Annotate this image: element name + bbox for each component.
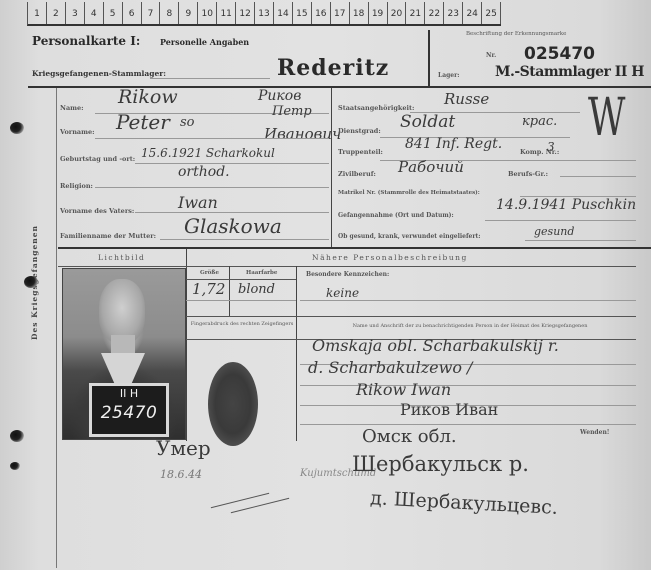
number-strip-cell: 8 (160, 2, 179, 24)
rule (135, 163, 329, 164)
camp-line (150, 78, 270, 79)
number-strip-cell: 13 (255, 2, 274, 24)
zivilberuf-value: Рабочий (398, 158, 464, 176)
cell-divider (229, 266, 230, 316)
vorname-value: Peter (116, 110, 170, 134)
religion-value: orthod. (178, 164, 230, 180)
number-strip-cell: 21 (406, 2, 425, 24)
number-strip: 1234567891011121314151617181920212223242… (27, 2, 501, 26)
number-strip-cell: 3 (66, 2, 85, 24)
punch-hole-icon (10, 462, 20, 470)
staats-label: Staatsangehörigkeit: (338, 104, 414, 112)
rule (95, 138, 329, 139)
number-strip-cell: 2 (47, 2, 66, 24)
number-strip-cell: 5 (104, 2, 123, 24)
card-title: Personalkarte I: (32, 34, 140, 48)
dienstgrad-value: Soldat (400, 112, 455, 132)
number-label: Nr. (486, 52, 496, 59)
number-strip-cell: 17 (331, 2, 350, 24)
groesse-label: Größe (200, 270, 219, 276)
punch-hole-icon (10, 122, 24, 134)
vorname-cyrillic: Петр (272, 104, 312, 119)
berufsgr-label: Berufs-Gr.: (508, 170, 548, 178)
dienstgrad-cyrillic: крас. (522, 114, 557, 129)
dienstgrad-label: Dienstgrad: (338, 127, 381, 135)
cyrillic-line-3: д. Шербакульцевс. (370, 487, 559, 519)
cell-divider (296, 266, 297, 441)
truppenteil-label: Truppenteil: (338, 148, 383, 156)
plate-number: 25470 (92, 402, 166, 424)
gesund-label: Ob gesund, krank, verwundet eingeliefert… (338, 233, 481, 240)
religion-label: Religion: (60, 182, 93, 190)
photo-collar (101, 353, 145, 383)
finger-label: Fingerabdruck des rechten Zeigefingers (190, 320, 294, 328)
gesund-value: gesund (534, 225, 574, 238)
number-strip-cell: 1 (28, 2, 47, 24)
lichtbild-label: Lichtbild (98, 253, 145, 262)
cyrillic-line-1: Омск обл. (362, 426, 457, 447)
card-number: 025470 (524, 44, 595, 64)
number-strip-cell: 22 (425, 2, 444, 24)
number-strip-cell: 12 (236, 2, 255, 24)
kontakt-line-1: Omskaja obl. Scharbakulskij r. (312, 336, 559, 355)
kontakt-label: Name und Anschrift der zu benachrichtige… (320, 322, 620, 330)
rule (186, 300, 296, 301)
haarfarbe-value: blond (238, 282, 275, 297)
kennzeichen-value: keine (326, 286, 359, 300)
section-rule (58, 247, 651, 249)
dash-mark (211, 493, 269, 508)
geburt-value: 15.6.1921 Scharkokul (141, 146, 275, 160)
death-date: 18.6.44 (160, 468, 202, 481)
vorname-label: Vorname: (60, 128, 95, 136)
rule (186, 316, 636, 317)
number-strip-cell: 24 (463, 2, 482, 24)
rule (300, 300, 636, 301)
number-strip-cell: 19 (369, 2, 388, 24)
number-strip-cell: 10 (198, 2, 217, 24)
vater-value: Iwan (178, 193, 218, 212)
column-divider (331, 88, 332, 248)
name-label: Name: (60, 104, 84, 112)
camp-label: Kriegsgefangenen-Stammlager: (32, 69, 166, 78)
patronymic-cyrillic: Иванович (264, 125, 341, 143)
name-cyrillic: Риков (258, 88, 301, 104)
kontakt-line-4: Риков Иван (400, 400, 498, 419)
prisoner-record-card: 1234567891011121314151617181920212223242… (0, 0, 651, 570)
number-strip-cell: 7 (142, 2, 161, 24)
review-mark: W (588, 88, 625, 148)
rule (300, 424, 636, 425)
punch-hole-icon (24, 276, 38, 288)
mutter-value: Glaskowa (184, 214, 282, 238)
rule (560, 176, 636, 177)
gefangennahme-value: 14.9.1941 Puschkin (496, 197, 636, 213)
plate-camp: II H (92, 386, 166, 402)
rule (485, 220, 636, 221)
zivilberuf-label: Zivilberuf: (338, 170, 376, 178)
number-strip-cell: 11 (217, 2, 236, 24)
card-subtitle: Personelle Angaben (160, 37, 249, 47)
gefangennahme-label: Gefangennahme (Ort und Datum): (338, 212, 454, 219)
photo-head (99, 279, 145, 343)
number-strip-cell: 23 (444, 2, 463, 24)
matrikel-label: Matrikel Nr. (Stammrolle des Heimatstaat… (338, 190, 480, 196)
number-strip-cell: 9 (179, 2, 198, 24)
vater-label: Vorname des Vaters: (60, 207, 134, 215)
number-strip-cell: 20 (388, 2, 407, 24)
authority-label: Beschriftung der Erkennungsmarke (466, 31, 566, 37)
rule (160, 239, 329, 240)
rule (300, 385, 636, 386)
cyrillic-line-2: Шербакульск р. (352, 452, 529, 476)
camp-stamp: Rederitz (277, 55, 389, 81)
vorname-note: so (180, 115, 195, 130)
photo-divider (186, 249, 187, 441)
rule (58, 266, 636, 267)
haarfarbe-label: Haarfarbe (246, 270, 277, 276)
kontakt-line-2: d. Scharbakulzewo / (308, 358, 472, 377)
kennzeichen-label: Besondere Kennzeichen: (306, 271, 389, 278)
number-strip-cell: 18 (350, 2, 369, 24)
number-strip-cell: 6 (123, 2, 142, 24)
geburt-label: Geburtstag und -ort: (60, 155, 135, 163)
number-strip-cell: 16 (312, 2, 331, 24)
lager-label: Lager: (438, 72, 460, 79)
rule (525, 240, 636, 241)
fingerprint (208, 362, 258, 446)
header-divider (428, 30, 430, 88)
rule (95, 187, 329, 188)
number-strip-cell: 25 (482, 2, 501, 24)
id-plate: II H 25470 (89, 383, 169, 437)
number-strip-cell: 15 (293, 2, 312, 24)
komp-value: 3 (547, 140, 555, 154)
kontakt-line-3: Rikow Iwan (356, 380, 451, 399)
groesse-value: 1,72 (192, 280, 225, 298)
punch-hole-icon (10, 430, 24, 442)
rule (135, 212, 329, 213)
number-strip-cell: 4 (85, 2, 104, 24)
name-value: Rikow (118, 86, 178, 108)
lager-stamp: M.-Stammlager II H (495, 64, 644, 80)
staats-value: Russe (444, 90, 489, 108)
mutter-label: Familienname der Mutter: (60, 232, 156, 240)
death-note: Умер (156, 436, 211, 460)
prisoner-photo: II H 25470 (62, 268, 186, 440)
description-section-label: Nähere Personalbeschreibung (312, 253, 468, 262)
truppenteil-value: 841 Inf. Regt. (405, 136, 502, 152)
wenden-label: Wenden! (580, 429, 609, 436)
left-border (56, 88, 57, 568)
number-strip-cell: 14 (274, 2, 293, 24)
